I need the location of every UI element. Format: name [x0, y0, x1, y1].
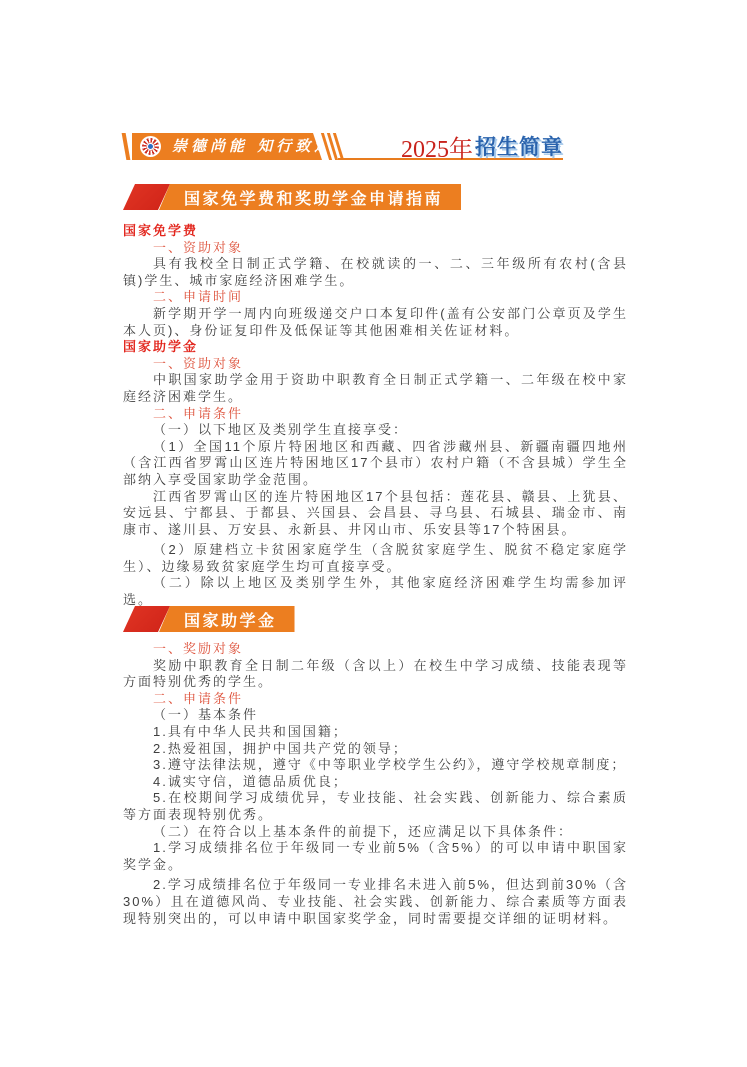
paragraph: （一）基本条件	[123, 707, 628, 724]
section-heading: 国家免学费	[123, 223, 628, 240]
school-motto: 崇德尚能 知行致远	[172, 133, 333, 160]
paragraph: （一）以下地区及类别学生直接享受：	[123, 422, 628, 439]
text-block-scholarship-conditions: 一、奖励对象奖励中职教育全日制二年级（含以上）在校生中学习成绩、技能表现等方面特…	[123, 641, 628, 927]
paragraph: 中职国家助学金用于资助中职教育全日制正式学籍一、二年级在校中家庭经济困难学生。	[123, 372, 628, 405]
paragraph: 5.在校期间学习成绩优异，专业技能、社会实践、创新能力、综合素质等方面表现特别优…	[123, 790, 628, 823]
document-page: 崇德尚能 知行致远 2025年招生简章 国家免学费和奖助学金申请指南 国家免学费…	[0, 0, 747, 1067]
sub-heading: 一、资助对象	[123, 356, 628, 373]
sub-heading: 二、申请条件	[123, 406, 628, 423]
sub-heading: 一、奖励对象	[123, 641, 628, 658]
section-heading: 国家助学金	[123, 339, 628, 356]
sub-heading: 一、资助对象	[123, 240, 628, 257]
header-diagonal-stripes-decoration	[325, 133, 343, 160]
paragraph: 3.遵守法律法规，遵守《中等职业学校学生公约》，遵守学校规章制度；	[123, 757, 628, 774]
paragraph: 新学期开学一周内向班级递交户口本复印件(盖有公安部门公章页及学生本人页)、身份证…	[123, 306, 628, 339]
paragraph: 具有我校全日制正式学籍、在校就读的一、二、三年级所有农村(含县镇)学生、城市家庭…	[123, 256, 628, 289]
school-logo-icon	[140, 136, 161, 157]
paragraph: 2.学习成绩排名位于年级同一专业排名未进入前5%，但达到前30%（含30%）且在…	[123, 877, 628, 927]
brochure-year: 2025年	[401, 129, 473, 164]
paragraph: 奖励中职教育全日制二年级（含以上）在校生中学习成绩、技能表现等方面特别优秀的学生…	[123, 658, 628, 691]
paragraph: 江西省罗霄山区的连片特困地区17个县包括：莲花县、赣县、上犹县、安远县、宁都县、…	[123, 489, 628, 539]
brochure-title-text: 招生简章	[475, 131, 563, 161]
paragraph: 2.热爱祖国，拥护中国共产党的领导；	[123, 741, 628, 758]
brochure-title: 2025年招生简章	[390, 132, 563, 160]
paragraph: 1.具有中华人民共和国国籍；	[123, 724, 628, 741]
banner-label: 国家助学金	[184, 608, 277, 631]
paragraph: （二）在符合以上基本条件的前提下，还应满足以下具体条件：	[123, 824, 628, 841]
paragraph: （2）原建档立卡贫困家庭学生（含脱贫家庭学生、脱贫不稳定家庭学生）、边缘易致贫家…	[123, 542, 628, 575]
banner-orange-bar: 国家免学费和奖助学金申请指南	[159, 184, 461, 210]
banner-orange-bar: 国家助学金	[159, 606, 295, 632]
paragraph: 4.诚实守信，道德品质优良；	[123, 774, 628, 791]
sub-heading: 二、申请时间	[123, 289, 628, 306]
header-banner: 崇德尚能 知行致远	[132, 133, 322, 160]
paragraph: （二）除以上地区及类别学生外，其他家庭经济困难学生均需参加评选。	[123, 575, 628, 608]
paragraph: （1）全国11个原片特困地区和西藏、四省涉藏州县、新疆南疆四地州（含江西省罗霄山…	[123, 439, 628, 489]
paragraph: 1.学习成绩排名位于年级同一专业前5%（含5%）的可以申请中职国家奖学金。	[123, 840, 628, 873]
text-block-tuition-waiver-and-grant: 国家免学费一、资助对象具有我校全日制正式学籍、在校就读的一、二、三年级所有农村(…	[123, 223, 628, 609]
banner-label: 国家免学费和奖助学金申请指南	[184, 186, 443, 209]
header-left-stripe-decoration	[122, 133, 131, 160]
sub-heading: 二、申请条件	[123, 691, 628, 708]
